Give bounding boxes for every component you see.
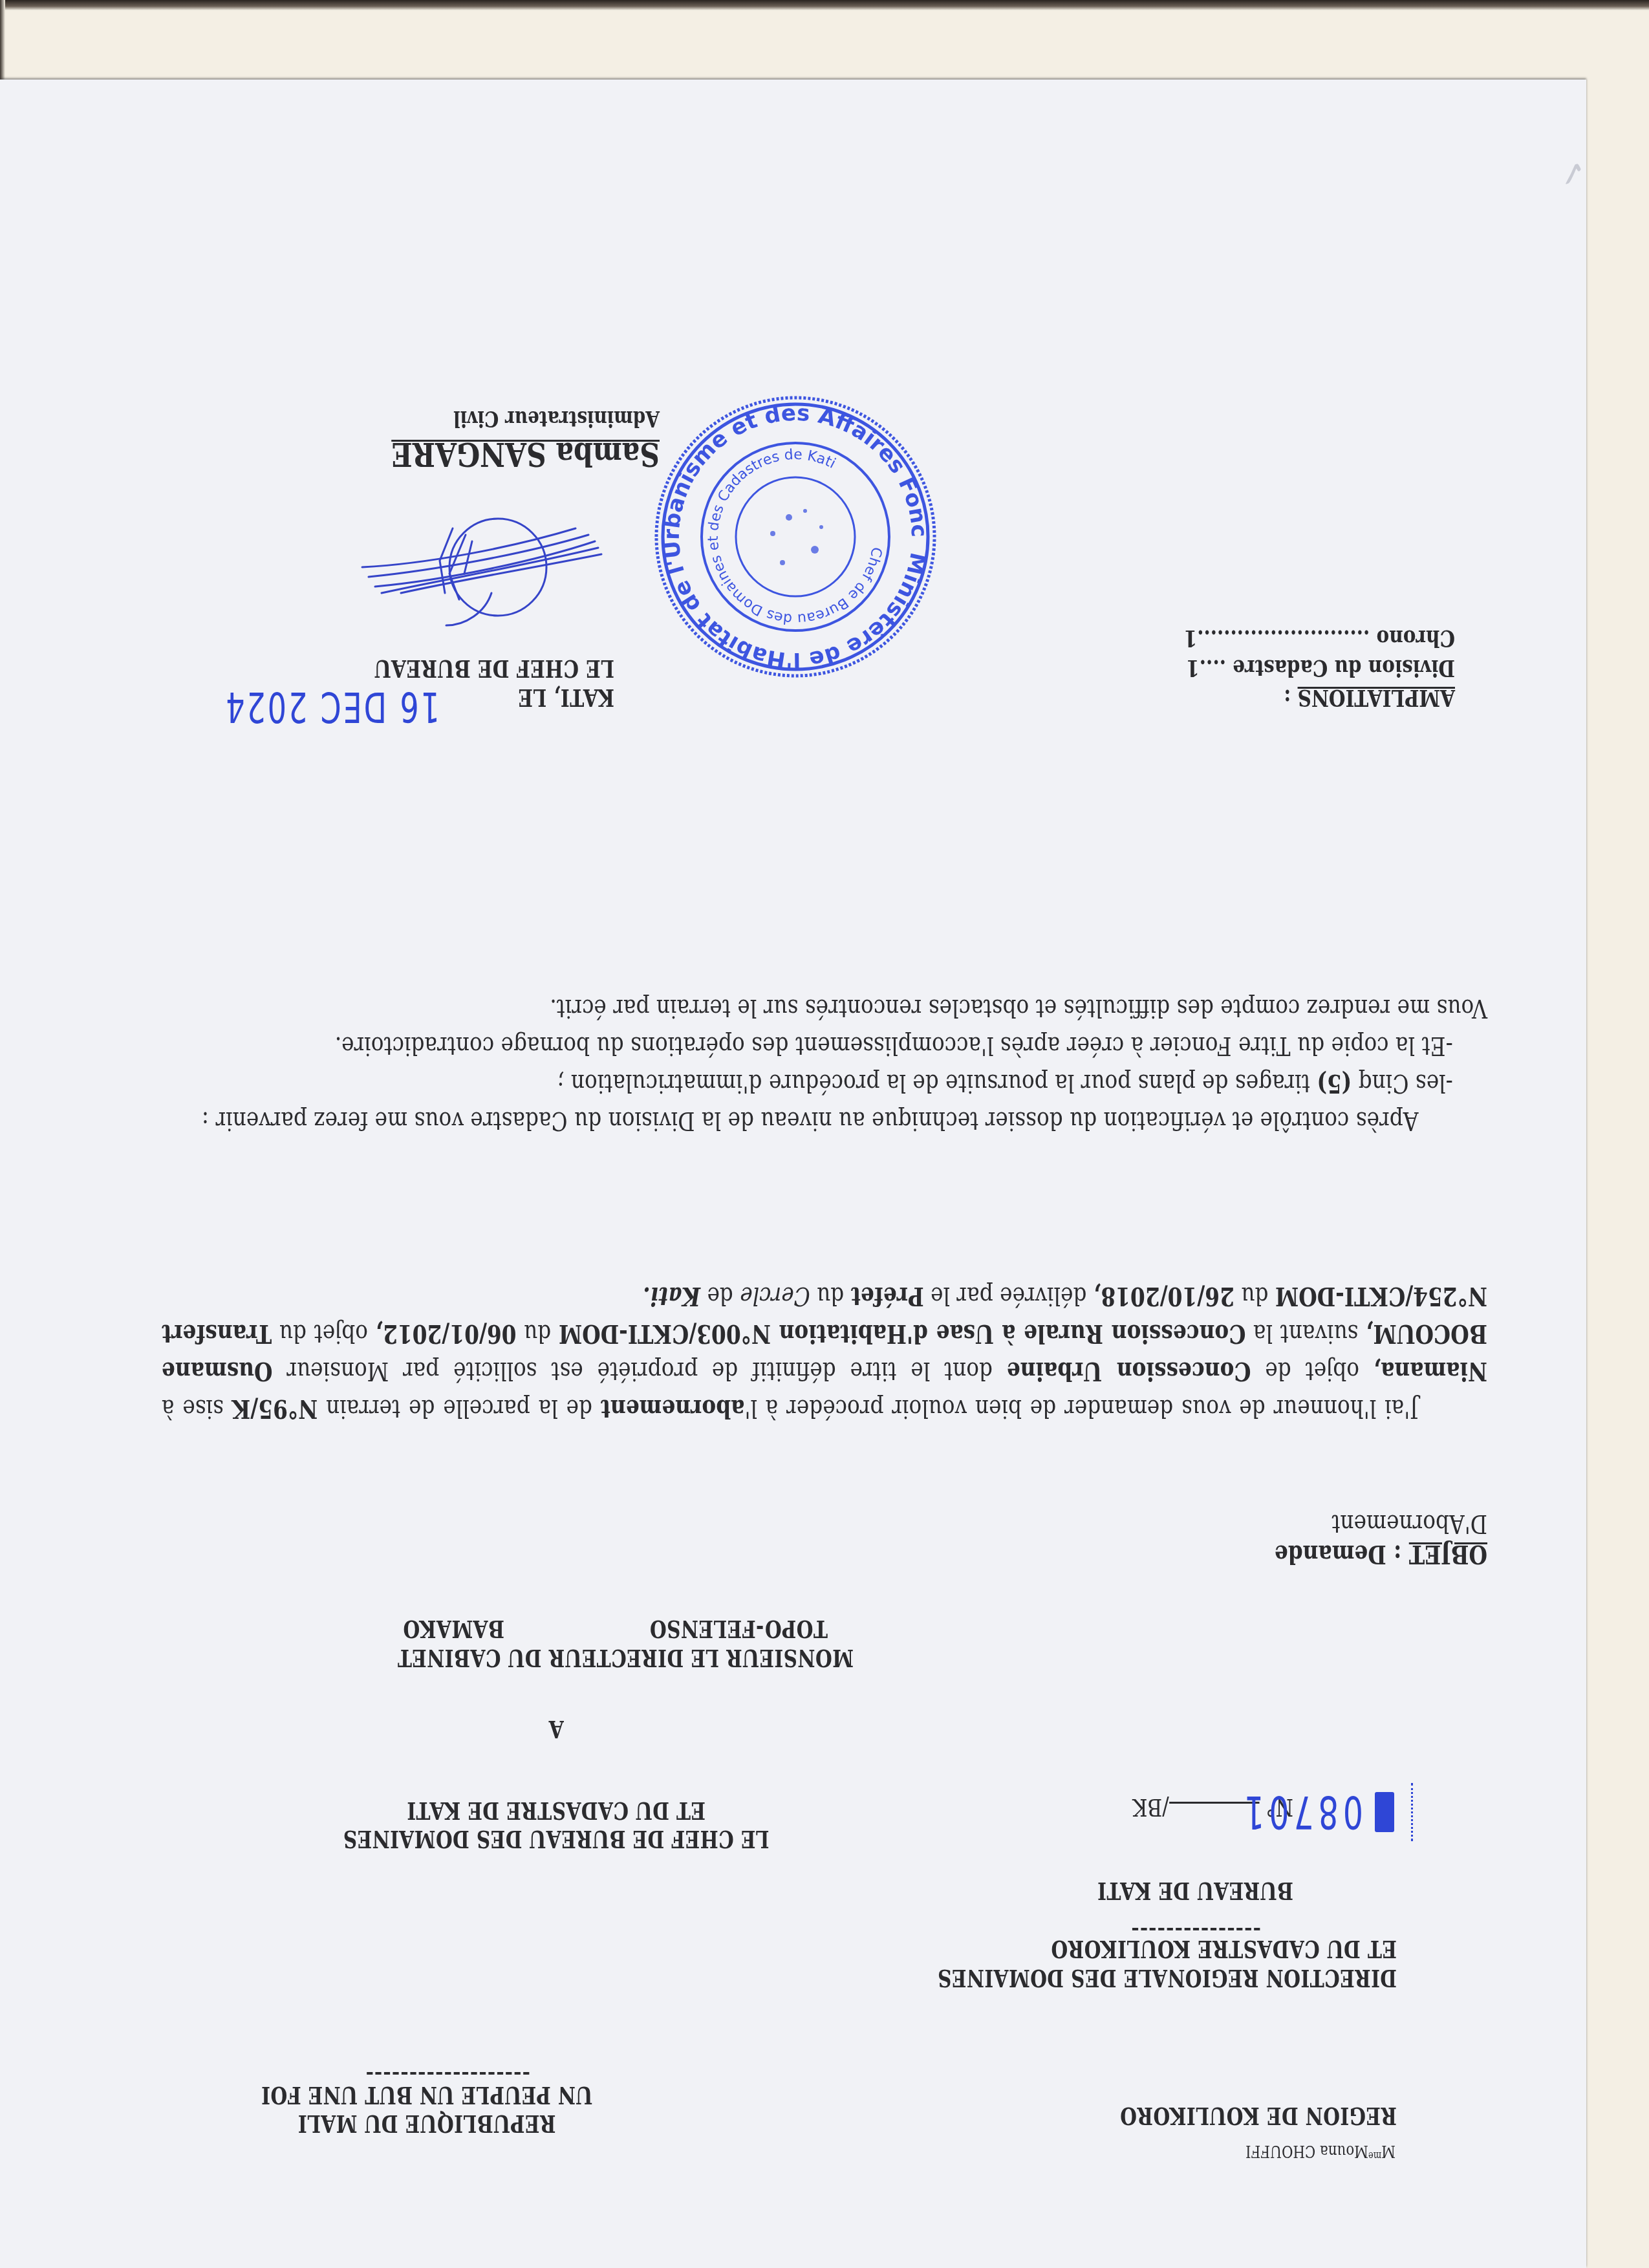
p1-text: suivant la	[1245, 1319, 1366, 1348]
recipient-line-2-left: TOPO-FELENSO	[650, 1615, 828, 1644]
p1-text: dont le titre définitif de propriété est…	[273, 1356, 1007, 1386]
scanned-document: MmeMouna CHOUFFI REGION DE KOULIKORO DIR…	[0, 0, 1649, 2268]
p1-bold-parcel: N°95/K	[232, 1394, 318, 1424]
subject-label: OBJET	[1409, 1539, 1487, 1570]
ampliations-separator: :	[1284, 684, 1297, 711]
subject-separator: :	[1386, 1539, 1409, 1570]
p2-item-2: -Et la copie du Titre Foncier à créer ap…	[162, 1027, 1487, 1064]
ampliation-item: Division du Cadastre ....1	[1184, 653, 1455, 683]
ampliations-label: AMPLIATIONS	[1298, 684, 1455, 711]
author-line: MmeMouna CHOUFFI	[1245, 2141, 1396, 2162]
body-paragraph-2: Après contrôle et vérification du dossie…	[162, 989, 1487, 1139]
signatory-block: Samba SANGARE Administrateur Civil	[344, 405, 660, 473]
p1-bold-rural-concession: Concession Rurale à Usae d'Habitation N°…	[559, 1319, 1246, 1349]
registration-stamp: 08701	[1187, 1783, 1413, 1841]
bureau-name: BUREAU DE KATI	[1097, 1877, 1293, 1906]
p2-item-1-text: -les Cinq	[1352, 1068, 1452, 1098]
signatory-rank: Administrateur Civil	[401, 405, 660, 431]
stamp-block-icon	[1375, 1792, 1394, 1832]
ampliations-block: AMPLIATIONS : Division du Cadastre ....1…	[1184, 623, 1455, 713]
p2-intro: Après contrôle et vérification du dossie…	[162, 1102, 1487, 1139]
pencil-mark-icon: ✓	[1555, 151, 1590, 195]
p1-text: objet du	[272, 1319, 375, 1348]
p2-closing: Vous me rendrez compte des difficultés e…	[162, 989, 1487, 1027]
stamp-edge	[1406, 1783, 1413, 1841]
p2-item-1: -les Cinq (5) tirages de plans pour la p…	[162, 1064, 1487, 1102]
p1-bold-concession: Concession Urbaine	[1007, 1356, 1251, 1387]
p1-text: du	[1234, 1281, 1275, 1311]
p1-bold-date-1: 06/01/2012,	[376, 1319, 517, 1349]
p1-text: de	[700, 1281, 740, 1311]
p1-text: J'ai l'honneur de vous demander de bien …	[744, 1394, 1418, 1423]
recipient-line-2-right: BAMAKO	[403, 1615, 504, 1644]
letter-content: MmeMouna CHOUFFI REGION DE KOULIKORO DIR…	[0, 0, 1649, 2268]
direction-line-1: DIRECTION REGIONALE DES DOMAINES	[938, 1964, 1397, 1993]
region-name: REGION DE KOULIKORO	[1120, 2102, 1397, 2131]
recipient-line-1: MONSIEUR LE DIRECTEUR DU CABINET	[397, 1644, 854, 1673]
reference-suffix: /BK	[1132, 1793, 1169, 1822]
republic-separator: -------------------	[365, 2063, 530, 2086]
body-paragraph-1: J'ai l'honneur de vous demander de bien …	[162, 1277, 1487, 1427]
author-prefix: M	[1381, 2141, 1396, 2161]
p1-text: délivrée par le	[924, 1281, 1094, 1311]
p1-text: sise à	[162, 1394, 232, 1423]
p1-text: de la parcelle de terrain	[318, 1394, 600, 1423]
p2-item-1-count: (5)	[1317, 1068, 1352, 1099]
official-seal-icon: Ministère de l'Habitat de l'Urbanisme et…	[647, 388, 944, 686]
p1-bold-date-2: 26/10/2018,	[1094, 1281, 1234, 1312]
to-marker: A	[531, 1715, 581, 1744]
place-date: KATI, LE	[518, 684, 614, 713]
p1-text: objet de	[1251, 1356, 1374, 1386]
subject-line-1: Demande	[1275, 1539, 1386, 1570]
header-separator: ---------------	[1130, 1919, 1261, 1941]
p1-bold-italic-kati: Kati.	[643, 1281, 700, 1312]
ampliation-item: Chrono ..........................1	[1184, 623, 1455, 653]
p1-bold-abornement: abornement	[601, 1394, 745, 1424]
author-name: Mouna CHOUFFI	[1245, 2141, 1368, 2161]
p2-item-1-text: tirages de plans pour la poursuite de la…	[557, 1068, 1317, 1098]
registration-number: 08701	[1240, 1786, 1363, 1839]
seal-inner-text: Chef de Bureau des Domaines et des Cadas…	[706, 447, 885, 627]
subject-line-2: D'Abornement	[1331, 1509, 1487, 1539]
author-prefix-sup: me	[1368, 2150, 1381, 2162]
signatory-title: LE CHEF DE BUREAU	[374, 654, 614, 684]
svg-text:Chef de Bureau des Domaines et: Chef de Bureau des Domaines et des Cadas…	[706, 447, 885, 627]
ampliations-heading: AMPLIATIONS :	[1184, 683, 1455, 713]
signatory-name: Samba SANGARE	[391, 435, 660, 473]
p1-text: du	[810, 1281, 851, 1311]
signature-icon	[356, 496, 614, 638]
sender-line-2: ET DU CADASTRE DE KATI	[329, 1797, 783, 1826]
date-stamp: 16 DEC 2024	[224, 682, 440, 730]
p1-italic-cercle: Cercle	[740, 1281, 810, 1311]
republic-name: REPUBLIQUE DU MALI	[250, 2110, 603, 2139]
p1-text: du	[517, 1319, 559, 1348]
p1-bold-location: Niamana,	[1374, 1356, 1487, 1387]
sender-line-1: LE CHEF DE BUREAU DES DOMAINES	[329, 1825, 783, 1854]
p1-bold-prefet: Préfet	[851, 1281, 924, 1312]
subject-line: OBJET : Demande	[1275, 1539, 1487, 1570]
